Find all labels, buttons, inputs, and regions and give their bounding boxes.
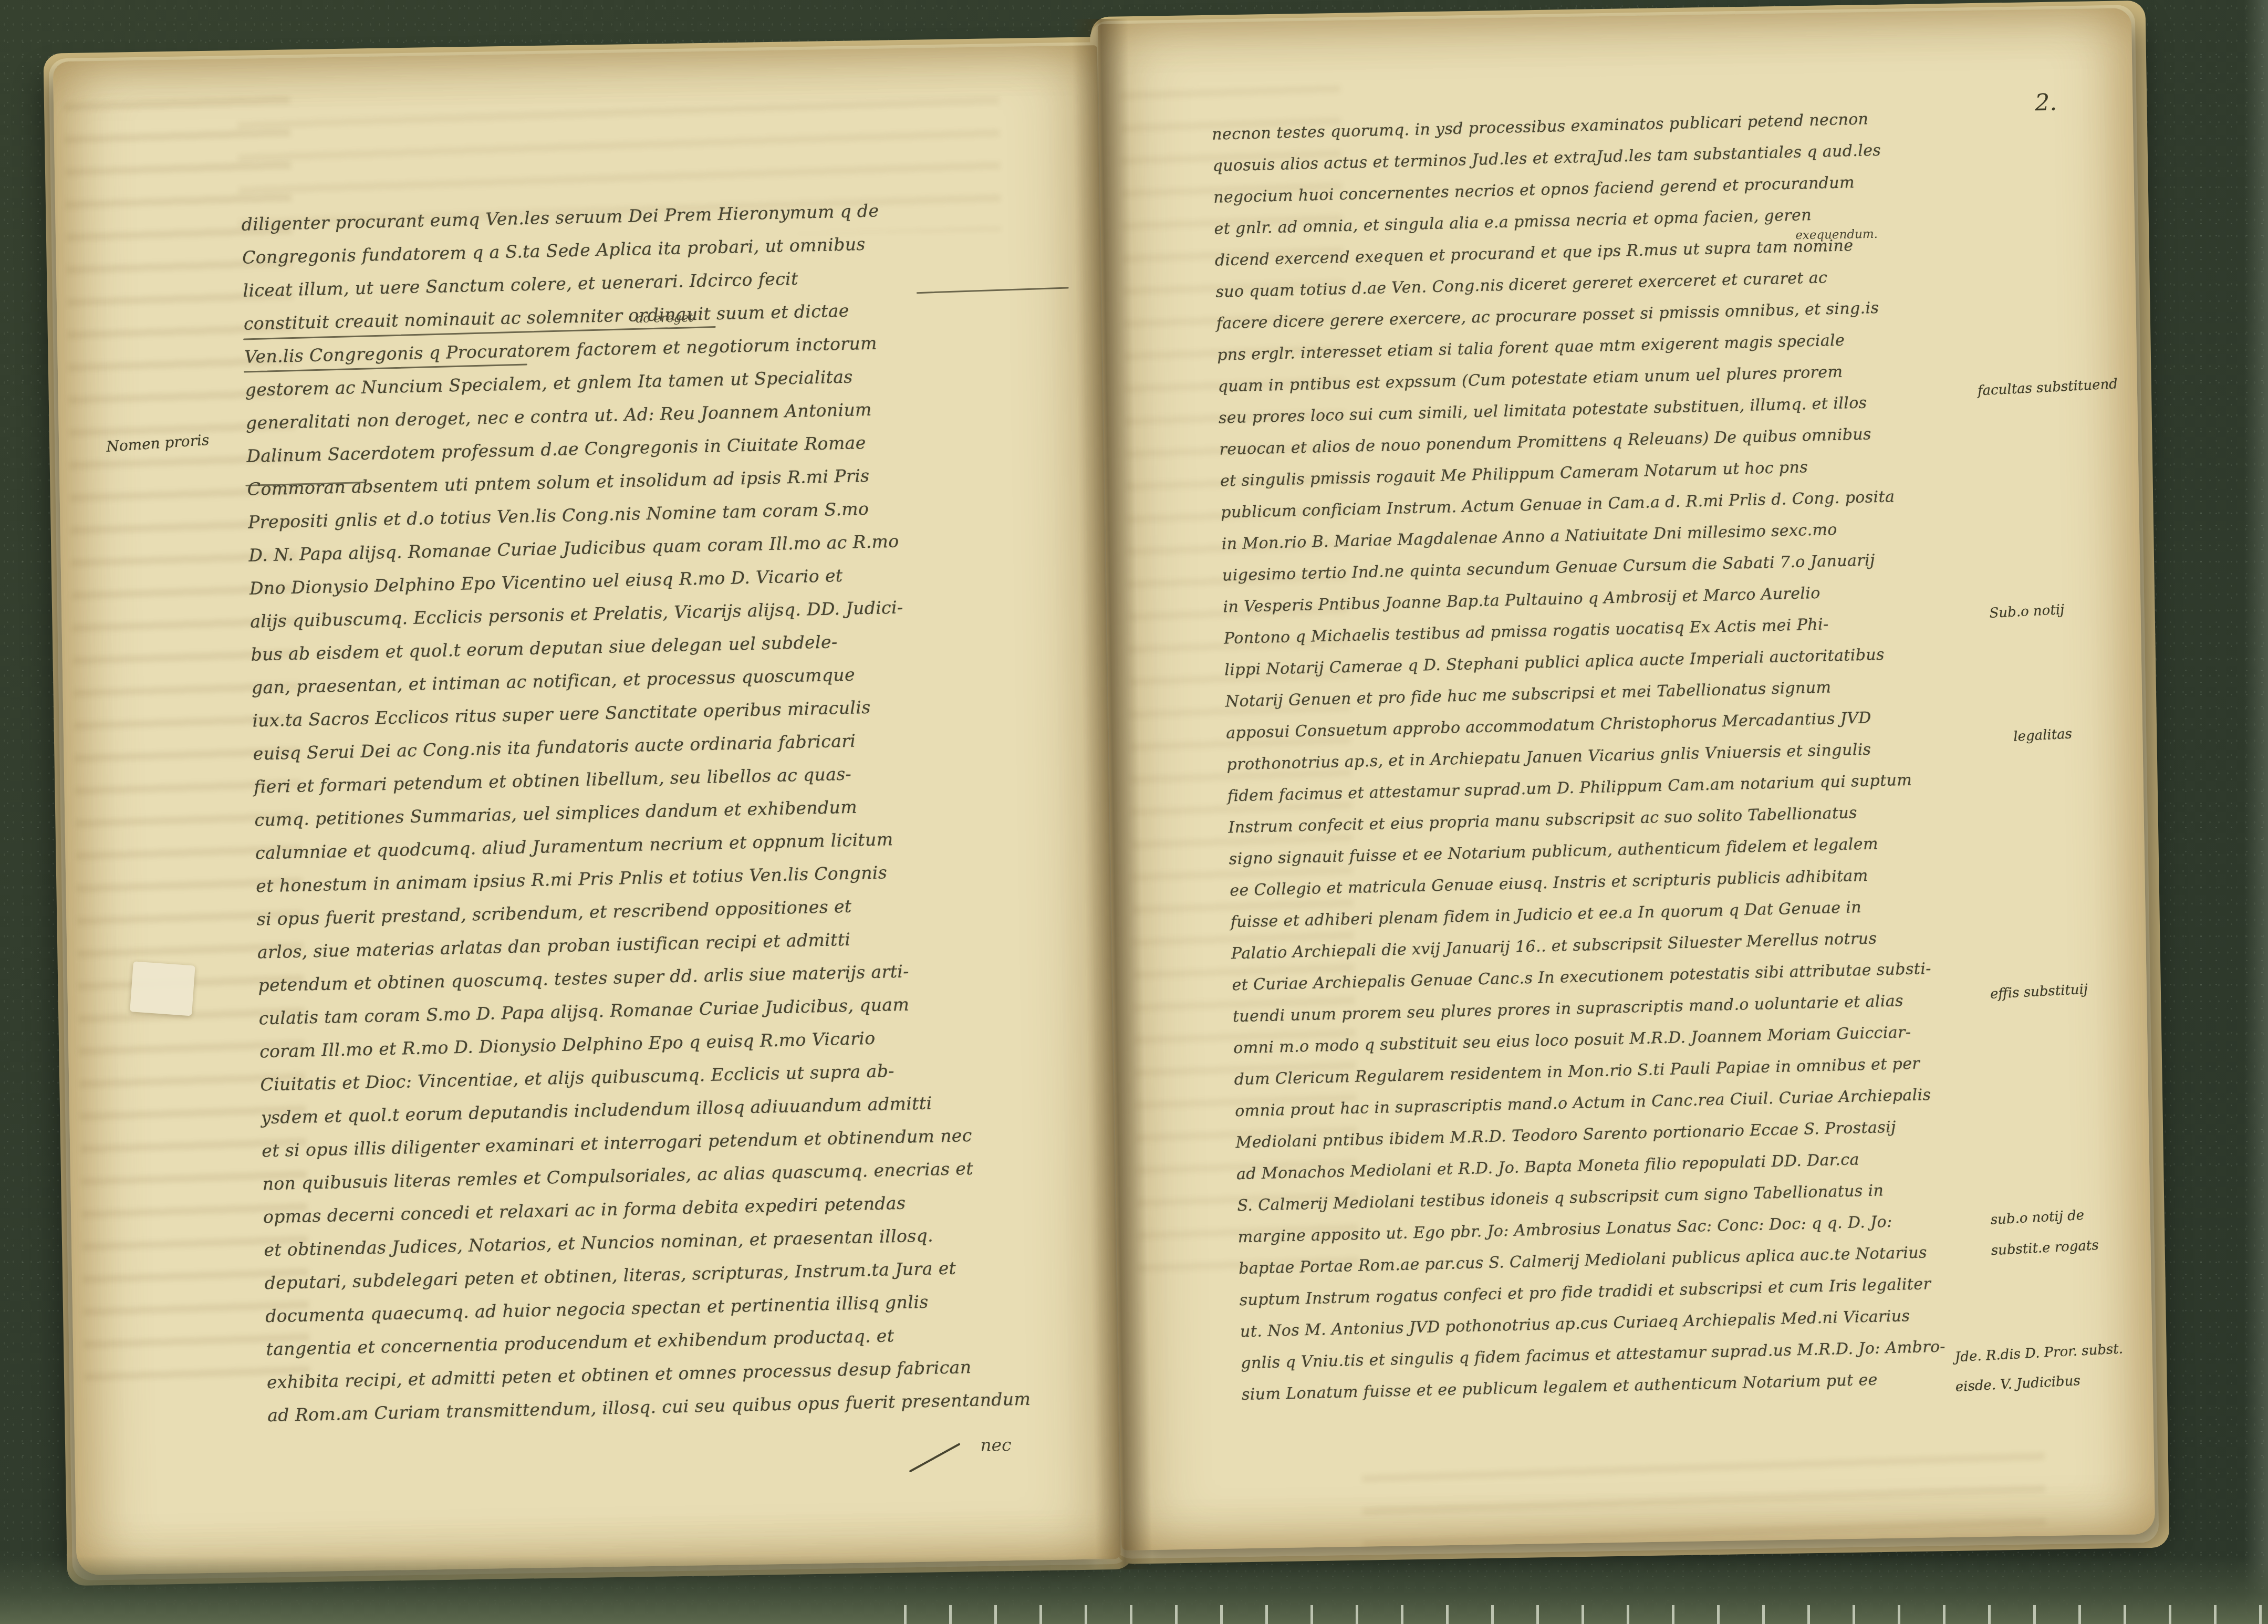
left-page-text-block: diligenter procurant eumq Ven.les seruum… <box>241 190 1087 1432</box>
scanner-bed-edge-highlight <box>2244 0 2268 1624</box>
margin-note-sub-notij-de: sub.o notij de <box>1990 1201 2085 1235</box>
ruler-tick-marks <box>861 1605 2268 1624</box>
scanner-bed-background: diligenter procurant eumq Ven.les seruum… <box>0 0 2268 1624</box>
margin-note-effis: effis substituij <box>1990 975 2089 1009</box>
margin-note-substit-rogats: substit.e rogats <box>1990 1231 2099 1265</box>
margin-note-legalitas: legalitas <box>2013 719 2073 752</box>
paper-repair-tab <box>130 961 195 1016</box>
catchword: nec <box>980 1434 1012 1455</box>
right-page-text-block: necnon testes quorumq. in ysd processibu… <box>1212 100 2062 1411</box>
right-interlinear-insertion: exequendum. <box>1795 227 1878 242</box>
ruler-strip <box>0 1556 2268 1624</box>
open-manuscript-book: diligenter procurant eumq Ven.les seruum… <box>43 0 2176 1601</box>
left-interlinear-insertion: ac ereget <box>636 311 693 326</box>
folio-number: 2. <box>2035 89 2057 117</box>
margin-note-sub-notij: Sub.o notij <box>1989 595 2065 628</box>
